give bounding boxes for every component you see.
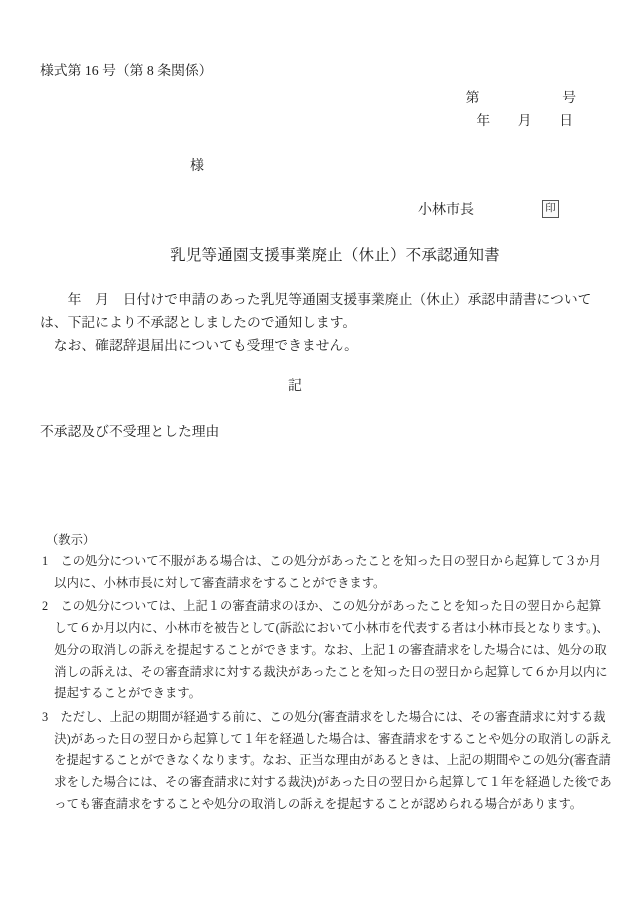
sender-title: 小林市長 xyxy=(418,199,474,219)
record-heading: 記 xyxy=(0,375,590,395)
instructions-list: 1 この処分について不服がある場合は、この処分があったことを知った日の翌日から起… xyxy=(42,551,622,815)
addressee-honorific: 様 xyxy=(190,155,204,175)
instruction-item-2: 2 この処分については、上記１の審査請求のほか、この処分があったことを知った日の… xyxy=(42,596,622,705)
date-line: 年 月 日 xyxy=(476,109,573,129)
instructions-label: （教示） xyxy=(46,530,95,548)
body-paragraph: 年 月 日付けで申請のあった乳児等通園支援事業廃止（休止）承認申請書について は… xyxy=(40,288,591,357)
seal-mark-icon: 印 xyxy=(542,200,559,218)
document-number-line: 第 号 xyxy=(466,86,576,106)
document-title: 乳児等通園支援事業廃止（休止）不承認通知書 xyxy=(40,243,630,265)
form-number-label: 様式第 16 号（第 8 条関係） xyxy=(40,59,212,79)
sender-row: 小林市長 印 xyxy=(418,199,559,219)
reason-heading: 不承認及び不受理とした理由 xyxy=(40,420,219,440)
instruction-item-3: 3 ただし、上記の期間が経過する前に、この処分(審査請求をした場合には、その審査… xyxy=(42,707,622,816)
document-page: 様式第 16 号（第 8 条関係） 第 号 年 月 日 様 小林市長 印 乳児等… xyxy=(0,0,630,903)
instruction-item-1: 1 この処分について不服がある場合は、この処分があったことを知った日の翌日から起… xyxy=(42,551,622,594)
